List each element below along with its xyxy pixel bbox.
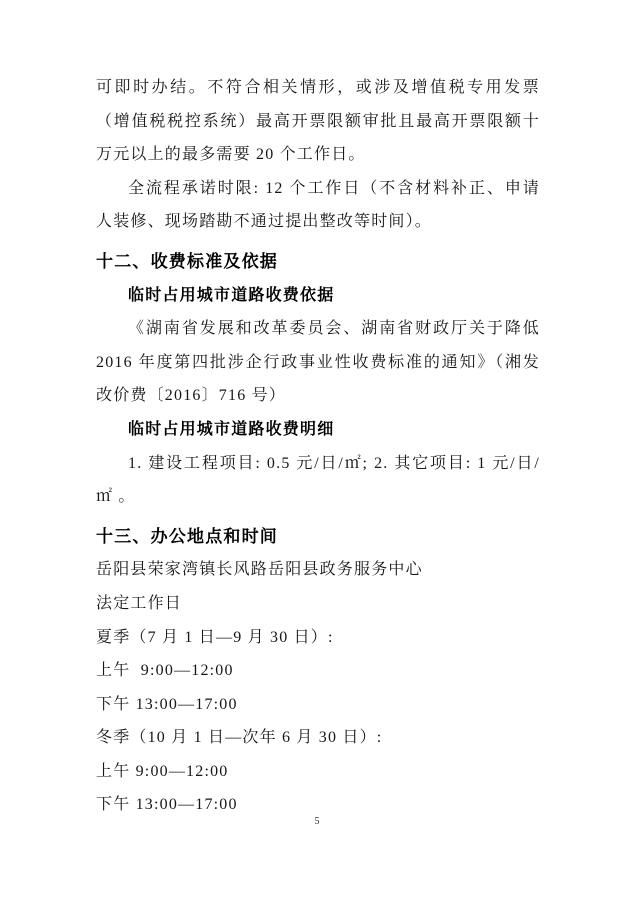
summer-afternoon-hours: 下午 13:00—17:00 — [96, 688, 540, 722]
page-number: 5 — [0, 815, 634, 829]
document-page: { "blocks": [ { "type": "body", "text": … — [0, 0, 634, 898]
paragraph-promise-limit: 全流程承诺时限: 12 个工作日（不含材料补正、申请人装修、现场踏勘不通过提出整… — [96, 172, 540, 239]
document-body: 可即时办结。不符合相关情形，或涉及增值税专用发票（增值税税控系统）最高开票限额审… — [96, 71, 540, 822]
paragraph-processing-time: 可即时办结。不符合相关情形，或涉及增值税专用发票（增值税税控系统）最高开票限额审… — [96, 71, 540, 172]
workday-line: 法定工作日 — [96, 587, 540, 621]
winter-season-line: 冬季（10 月 1 日—次年 6 月 30 日）: — [96, 721, 540, 755]
summer-morning-hours: 上午 9:00—12:00 — [96, 654, 540, 688]
section-heading-13-office: 十三、办公地点和时间 — [96, 520, 540, 554]
summer-season-line: 夏季（7 月 1 日—9 月 30 日）: — [96, 621, 540, 655]
office-address-line: 岳阳县荣家湾镇长风路岳阳县政务服务中心 — [96, 553, 540, 587]
winter-morning-hours: 上午 9:00—12:00 — [96, 755, 540, 789]
sub-heading-fee-basis: 临时占用城市道路收费依据 — [96, 279, 540, 313]
paragraph-fee-basis-citation: 《湖南省发展和改革委员会、湖南省财政厅关于降低 2016 年度第四批涉企行政事业… — [96, 312, 540, 413]
sub-heading-fee-detail: 临时占用城市道路收费明细 — [96, 413, 540, 447]
section-heading-12-fees: 十二、收费标准及依据 — [96, 245, 540, 279]
paragraph-fee-detail: 1. 建设工程项目: 0.5 元/日/㎡; 2. 其它项目: 1 元/日/㎡ 。 — [96, 447, 540, 514]
